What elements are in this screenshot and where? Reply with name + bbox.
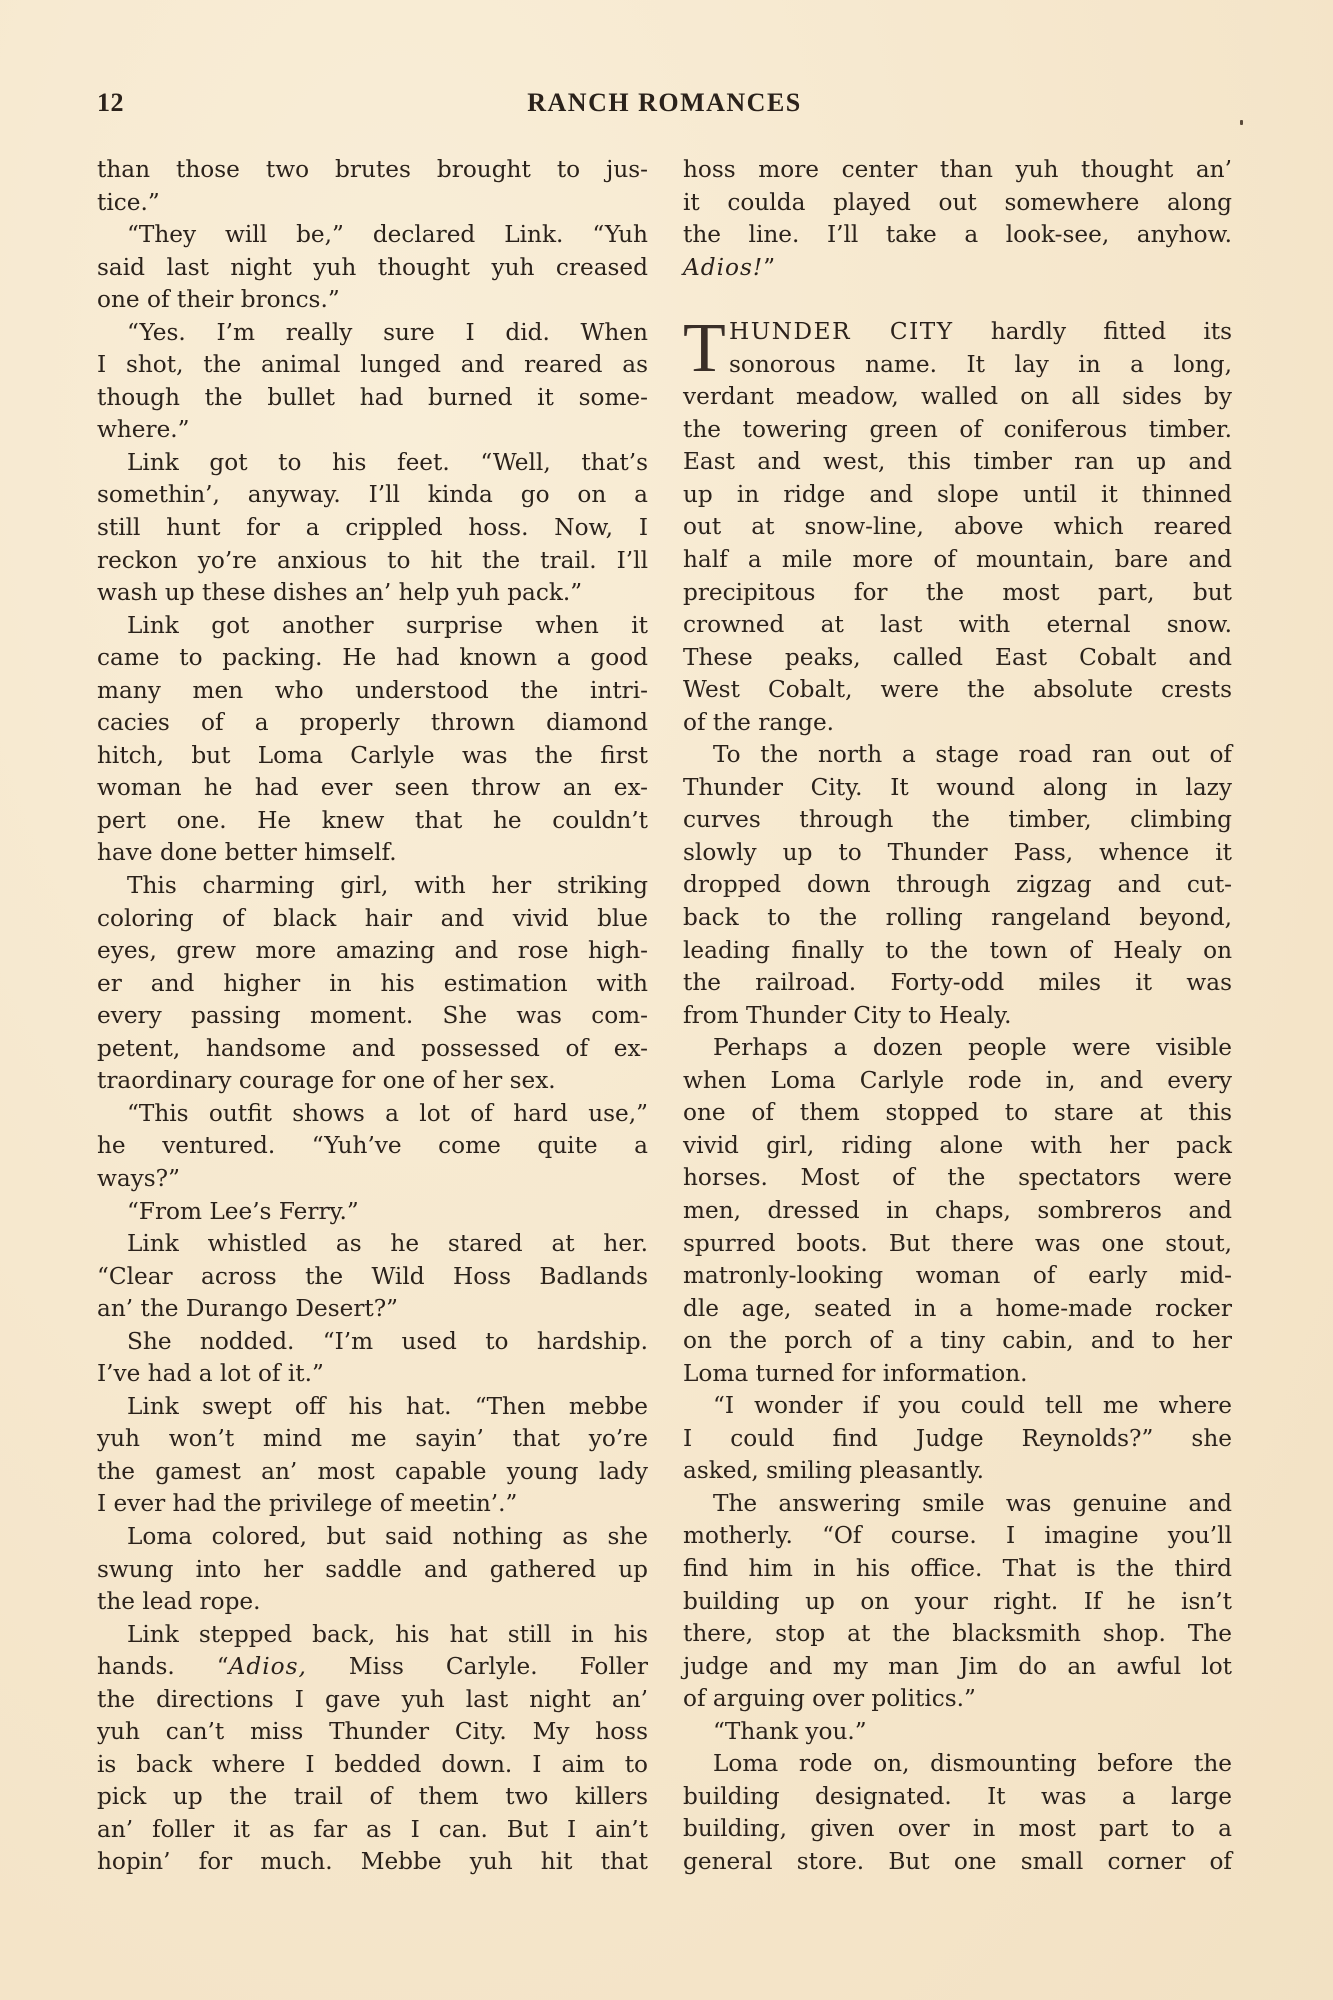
text-line: hitch, but Loma Carlyle was the first: [97, 740, 648, 773]
text-line: I ever had the privilege of meetin’.”: [97, 1488, 648, 1521]
right-column-body-text: verdant meadow, walled on all sides byth…: [683, 381, 1232, 1878]
text-segment: ”: [763, 254, 775, 281]
text-line: pick up the trail of them two killers: [97, 1781, 648, 1814]
text-line: crowned at last with eternal snow.: [683, 609, 1232, 642]
text-line: came to packing. He had known a good: [97, 642, 648, 675]
text-line: “From Lee’s Ferry.”: [97, 1196, 648, 1229]
text-line: building up on your right. If he isn’t: [683, 1586, 1232, 1619]
text-line: tice.”: [97, 187, 648, 220]
text-line: said last night yuh thought yuh creased: [97, 252, 648, 285]
text-line: building, given over in most part to a: [683, 1813, 1232, 1846]
text-line: of arguing over politics.”: [683, 1683, 1232, 1716]
text-line: up in ridge and slope until it thinned: [683, 479, 1232, 512]
lead-rest: hardly fitted its: [954, 318, 1232, 345]
text-line: HUNDER CITY hardly fitted its: [683, 316, 1232, 349]
text-line: general store. But one small corner of: [683, 1846, 1232, 1879]
text-line: from Thunder City to Healy.: [683, 1000, 1232, 1033]
text-line: Link got to his feet. “Well, that’s: [97, 447, 648, 480]
text-line: where.”: [97, 414, 648, 447]
text-line: er and higher in his estimation with: [97, 968, 648, 1001]
text-line: The answering smile was genuine and: [683, 1488, 1232, 1521]
text-line: East and west, this timber ran up and: [683, 446, 1232, 479]
text-line: every passing moment. She was com-: [97, 1000, 648, 1033]
text-line: is back where I bedded down. I aim to: [97, 1749, 648, 1782]
right-column: hoss more center than yuh thought an’it …: [683, 154, 1232, 1878]
text-line: hopin’ for much. Mebbe yuh hit that: [97, 1846, 648, 1879]
text-line: “Clear across the Wild Hoss Badlands: [97, 1261, 648, 1294]
text-line: though the bullet had burned it some-: [97, 382, 648, 415]
left-column: than those two brutes brought to jus-tic…: [97, 154, 648, 1879]
text-line: eyes, grew more amazing and rose high-: [97, 935, 648, 968]
text-line: sonorous name. It lay in a long,: [683, 349, 1232, 382]
text-line: he ventured. “Yuh’ve come quite a: [97, 1130, 648, 1163]
text-line: have done better himself.: [97, 837, 648, 870]
text-line: the gamest an’ most capable young lady: [97, 1456, 648, 1489]
text-line: “This outfit shows a lot of hard use,”: [97, 1098, 648, 1131]
drop-cap-letter: T: [683, 318, 726, 380]
text-line: yuh won’t mind me sayin’ that yo’re: [97, 1423, 648, 1456]
text-line: yuh can’t miss Thunder City. My hoss: [97, 1716, 648, 1749]
text-segment: Miss Carlyle. Foller: [307, 1653, 648, 1680]
text-line: find him in his office. That is the thir…: [683, 1553, 1232, 1586]
text-line: Link swept off his hat. “Then mebbe: [97, 1391, 648, 1424]
text-line: This charming girl, with her striking: [97, 870, 648, 903]
text-line: “Thank you.”: [683, 1716, 1232, 1749]
text-line: an’ foller it as far as I can. But I ain…: [97, 1814, 648, 1847]
text-line: horses. Most of the spectators were: [683, 1162, 1232, 1195]
text-line: somethin’, anyway. I’ll kinda go on a: [97, 479, 648, 512]
text-line: West Cobalt, were the absolute crests: [683, 674, 1232, 707]
text-line: pert one. He knew that he couldn’t: [97, 805, 648, 838]
text-line: wash up these dishes an’ help yuh pack.”: [97, 577, 648, 610]
section-break: [683, 284, 1232, 316]
small-caps-lead: HUNDER CITY: [729, 318, 954, 345]
text-line: than those two brutes brought to jus-: [97, 154, 648, 187]
text-line: leading finally to the town of Healy on: [683, 935, 1232, 968]
text-line: Thunder City. It wound along in lazy: [683, 772, 1232, 805]
text-line: an’ the Durango Desert?”: [97, 1293, 648, 1326]
text-line: the directions I gave yuh last night an’: [97, 1684, 648, 1717]
text-line: dropped down through zigzag and cut-: [683, 869, 1232, 902]
text-line: petent, handsome and possessed of ex-: [97, 1033, 648, 1066]
text-line: Loma colored, but said nothing as she: [97, 1521, 648, 1554]
text-line: when Loma Carlyle rode in, and every: [683, 1065, 1232, 1098]
text-line: “They will be,” declared Link. “Yuh: [97, 219, 648, 252]
text-line: precipitous for the most part, but: [683, 577, 1232, 610]
text-line: the lead rope.: [97, 1586, 648, 1619]
text-line: vivid girl, riding alone with her pack: [683, 1130, 1232, 1163]
text-line: hoss more center than yuh thought an’: [683, 154, 1232, 187]
section-opening: T HUNDER CITY hardly fitted its sonorous…: [683, 316, 1232, 381]
text-line: the railroad. Forty-odd miles it was: [683, 967, 1232, 1000]
text-line: back to the rolling rangeland beyond,: [683, 902, 1232, 935]
text-line: Loma turned for information.: [683, 1358, 1232, 1391]
running-title: RANCH ROMANCES: [97, 88, 1232, 118]
text-line: many men who understood the intri-: [97, 675, 648, 708]
text-line: ways?”: [97, 1163, 648, 1196]
text-line: coloring of black hair and vivid blue: [97, 903, 648, 936]
text-line: still hunt for a crippled hoss. Now, I: [97, 512, 648, 545]
text-line: asked, smiling pleasantly.: [683, 1455, 1232, 1488]
text-line: cacies of a properly thrown diamond: [97, 707, 648, 740]
text-line: woman he had ever seen throw an ex-: [97, 772, 648, 805]
text-line: curves through the timber, climbing: [683, 804, 1232, 837]
text-line: there, stop at the blacksmith shop. The: [683, 1618, 1232, 1651]
text-line: Link whistled as he stared at her.: [97, 1228, 648, 1261]
text-segment: hands. “: [97, 1653, 229, 1680]
text-line: I could find Judge Reynolds?” she: [683, 1423, 1232, 1456]
text-line: To the north a stage road ran out of: [683, 739, 1232, 772]
text-line: These peaks, called East Cobalt and: [683, 642, 1232, 675]
text-line: I’ve had a lot of it.”: [97, 1358, 648, 1391]
text-line: Link got another surprise when it: [97, 610, 648, 643]
text-line: one of them stopped to stare at this: [683, 1097, 1232, 1130]
text-line: reckon yo’re anxious to hit the trail. I…: [97, 545, 648, 578]
italic-text: Adios,: [229, 1653, 307, 1680]
text-line: Adios!”: [683, 252, 1232, 285]
text-line: Link stepped back, his hat still in his: [97, 1619, 648, 1652]
text-line: building designated. It was a large: [683, 1781, 1232, 1814]
text-line: it coulda played out somewhere along: [683, 187, 1232, 220]
text-line: judge and my man Jim do an awful lot: [683, 1651, 1232, 1684]
text-line: swung into her saddle and gathered up: [97, 1554, 648, 1587]
text-line: men, dressed in chaps, sombreros and: [683, 1195, 1232, 1228]
text-line: motherly. “Of course. I imagine you’ll: [683, 1520, 1232, 1553]
text-line: the towering green of coniferous timber.: [683, 414, 1232, 447]
right-column-top-text: hoss more center than yuh thought an’it …: [683, 154, 1232, 284]
print-speck: [1240, 120, 1243, 125]
text-line: “Yes. I’m really sure I did. When: [97, 317, 648, 350]
text-line: verdant meadow, walled on all sides by: [683, 381, 1232, 414]
italic-text: Adios!: [683, 254, 763, 281]
text-line: of the range.: [683, 707, 1232, 740]
text-line: traordinary courage for one of her sex.: [97, 1065, 648, 1098]
text-line: hands. “Adios, Miss Carlyle. Foller: [97, 1651, 648, 1684]
text-line: “I wonder if you could tell me where: [683, 1390, 1232, 1423]
text-line: dle age, seated in a home-made rocker: [683, 1293, 1232, 1326]
text-line: Loma rode on, dismounting before the: [683, 1748, 1232, 1781]
text-line: spurred boots. But there was one stout,: [683, 1228, 1232, 1261]
text-line: matronly-looking woman of early mid-: [683, 1260, 1232, 1293]
page-header: 12 RANCH ROMANCES: [97, 88, 1232, 128]
text-line: She nodded. “I’m used to hardship.: [97, 1326, 648, 1359]
text-line: on the porch of a tiny cabin, and to her: [683, 1325, 1232, 1358]
text-line: Perhaps a dozen people were visible: [683, 1032, 1232, 1065]
text-line: slowly up to Thunder Pass, whence it: [683, 837, 1232, 870]
text-line: half a mile more of mountain, bare and: [683, 544, 1232, 577]
text-line: one of their broncs.”: [97, 284, 648, 317]
text-line: I shot, the animal lunged and reared as: [97, 349, 648, 382]
text-line: the line. I’ll take a look-see, anyhow.: [683, 219, 1232, 252]
text-line: out at snow-line, above which reared: [683, 511, 1232, 544]
